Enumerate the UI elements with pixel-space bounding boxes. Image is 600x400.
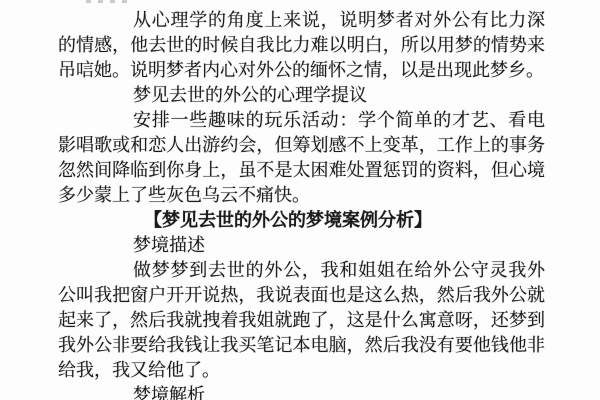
subheading-psychology-advice: 梦见去世的外公的心理学提议 [58,83,545,108]
body-line: 影唱歌或和恋人出游约会，但筹划感不上变革，工作上的事务 [58,133,545,158]
section-heading-case-analysis: 【梦见去世的外公的梦境案例分析】 [58,208,545,233]
body-line: 起来了，然后我就拽着我姐就跑了，这是什么寓意呀，还梦到 [58,308,545,333]
subheading-dream-analysis: 梦境解析 [58,383,545,400]
body-line: 的情感，他去世的时候自我比力难以明白，所以用梦的情势来 [58,33,545,58]
document-page: 从心理学的角度上来说，说明梦者对外公有比力深 的情感，他去世的时候自我比力难以明… [0,0,600,400]
body-line: 我外公非要给我钱让我买笔记本电脑，然后我没有要他钱他非 [58,333,545,358]
body-line: 忽然间降临到你身上，虽不是太困难处置惩罚的资料，但心境 [58,158,545,183]
body-line: 从心理学的角度上来说，说明梦者对外公有比力深 [58,8,545,33]
cropped-text-fragment [86,0,134,3]
body-line: 安排一些趣味的玩乐活动：学个简单的才艺、看电 [58,108,545,133]
article-body: 从心理学的角度上来说，说明梦者对外公有比力深 的情感，他去世的时候自我比力难以明… [0,0,600,400]
body-line: 多少蒙上了些灰色乌云不痛快。 [58,183,545,208]
body-line: 公叫我把窗户开开说热，我说表面也是这么热，然后我外公就 [58,283,545,308]
body-line: 给我，我又给他了。 [58,358,545,383]
body-line: 吊唁她。说明梦者内心对外公的缅怀之情，以是出现此梦乡。 [58,58,545,83]
body-line: 做梦梦到去世的外公，我和姐姐在给外公守灵我外 [58,258,545,283]
subheading-dream-description: 梦境描述 [58,233,545,258]
